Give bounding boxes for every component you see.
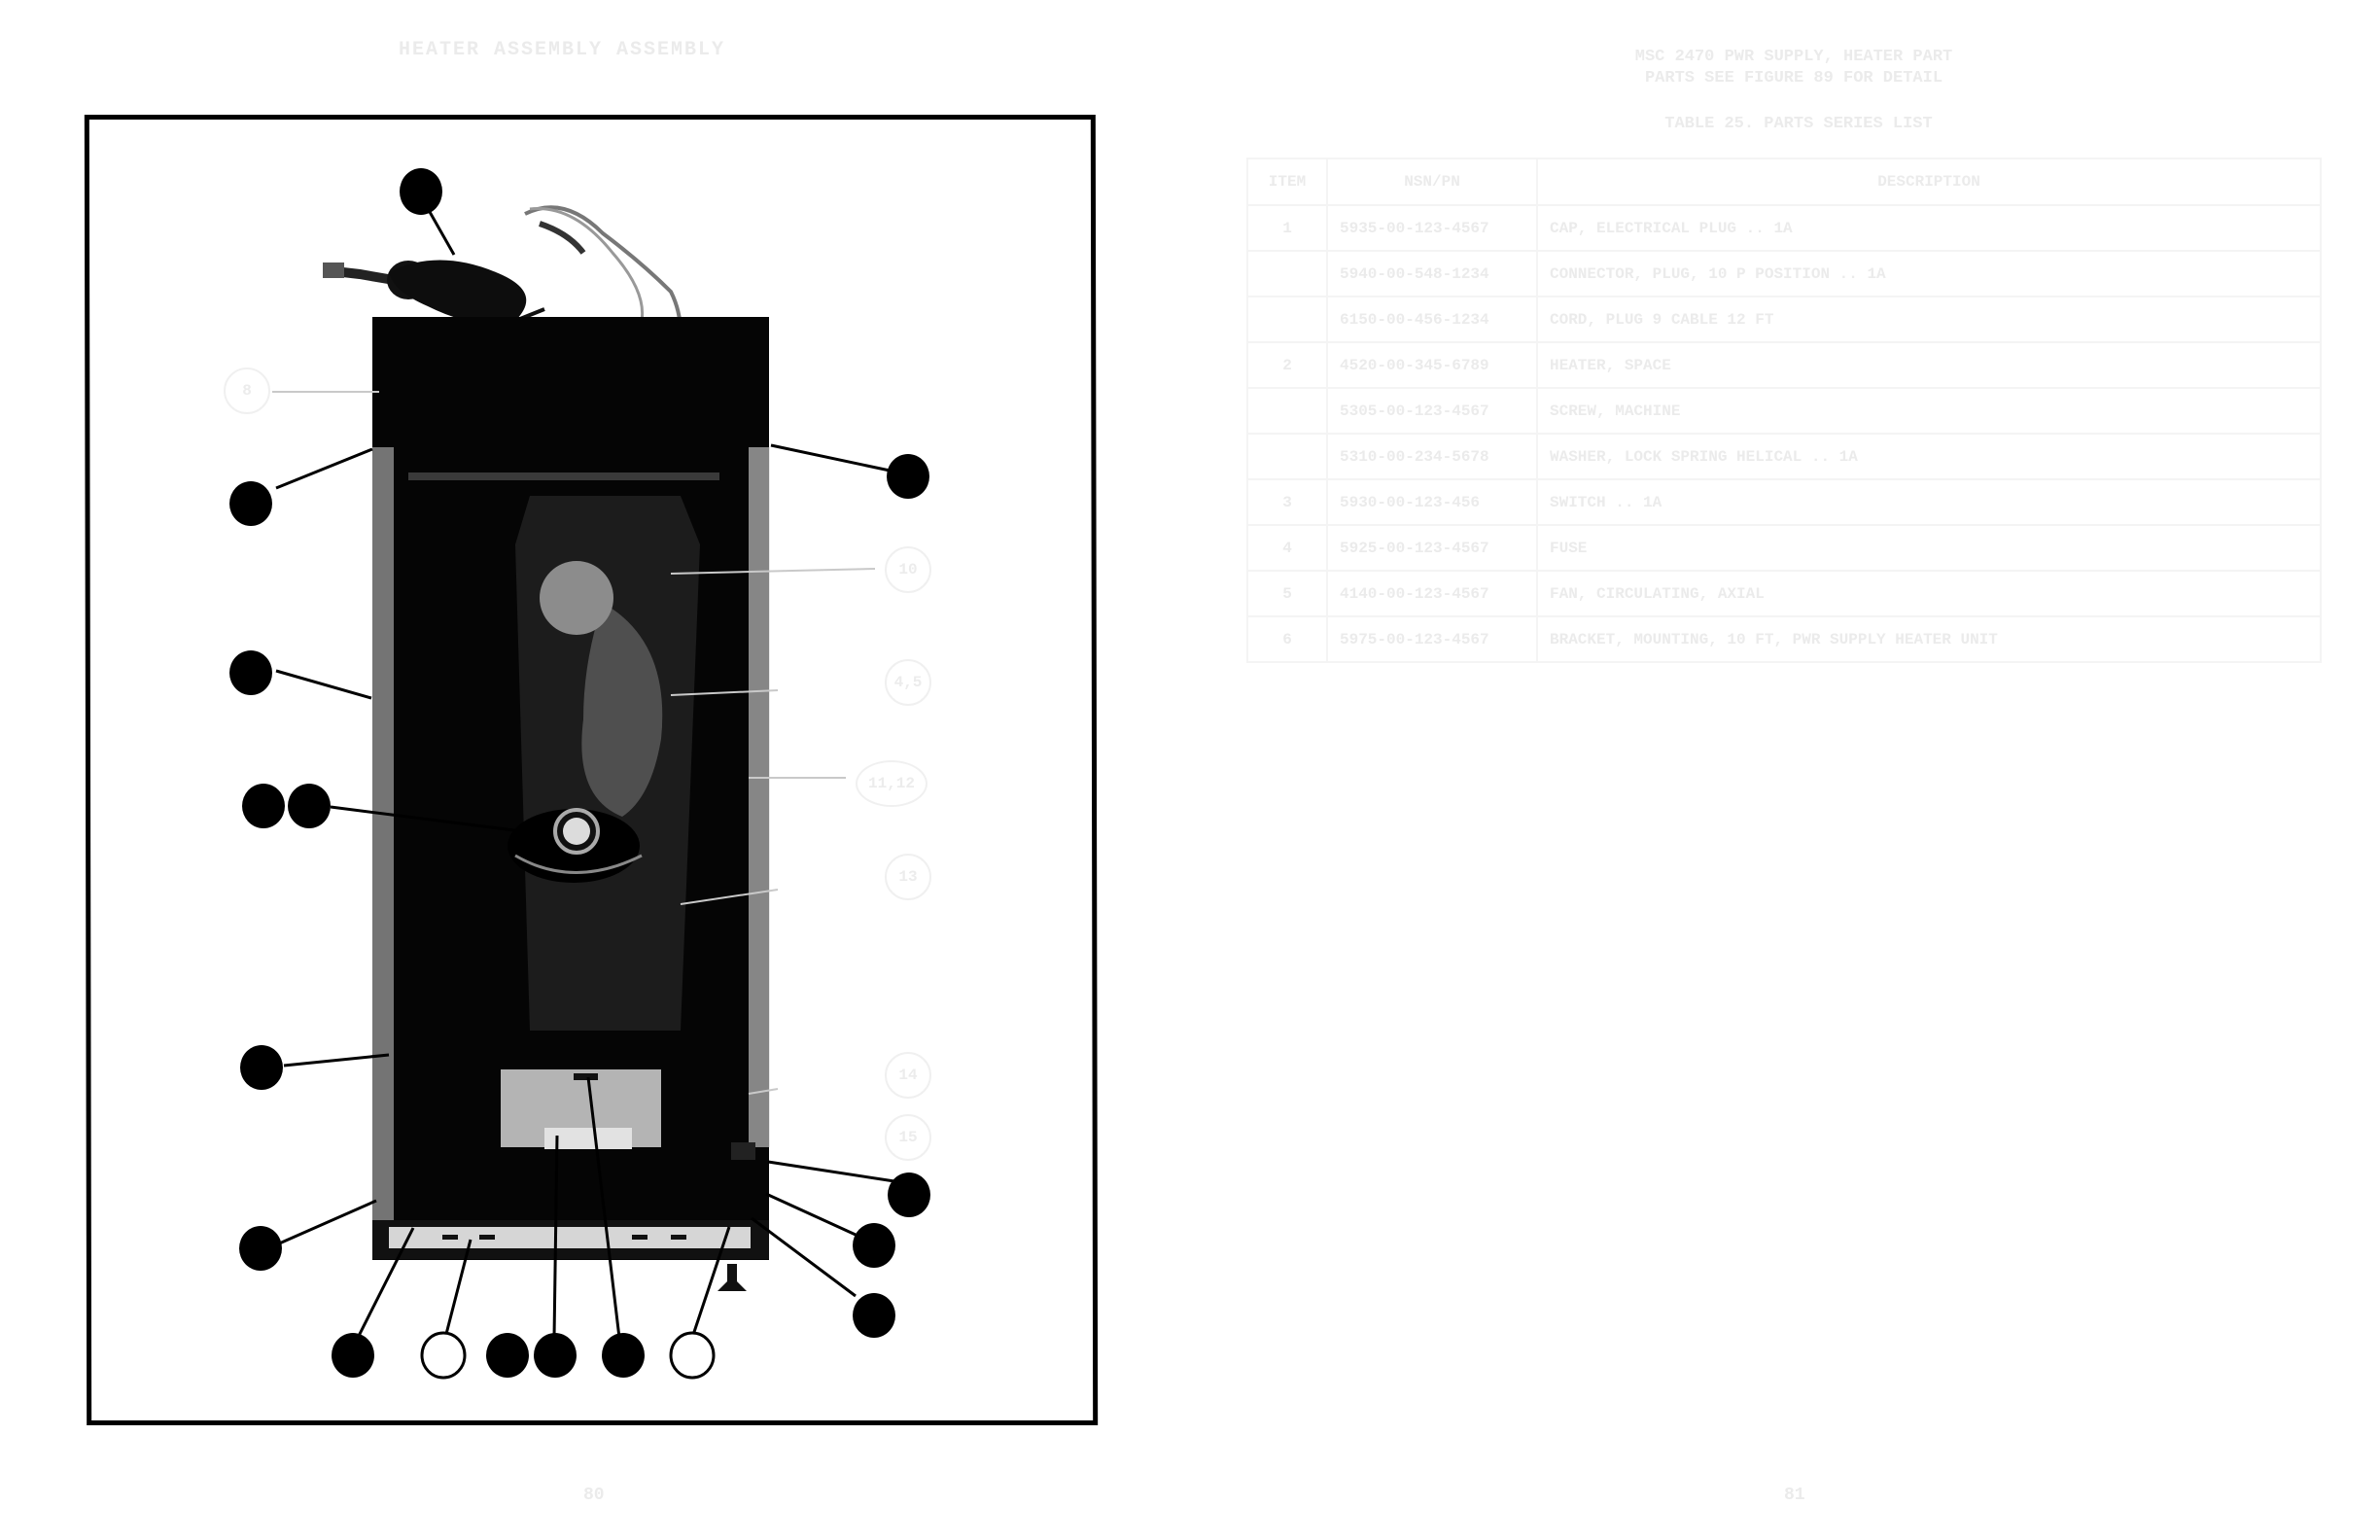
faint-callout: 15 xyxy=(885,1114,931,1161)
parts-table-body: 15935-00-123-4567CAP, ELECTRICAL PLUG ..… xyxy=(1247,205,2321,662)
table-row: 5940-00-548-1234CONNECTOR, PLUG, 10 P PO… xyxy=(1247,251,2321,297)
description-cell: BRACKET, MOUNTING, 10 FT, PWR SUPPLY HEA… xyxy=(1537,616,2321,662)
nsn-cell: 5930-00-123-456 xyxy=(1327,479,1537,525)
callout-marker xyxy=(602,1333,645,1378)
item-cell: 1 xyxy=(1247,205,1327,251)
table-row: 65975-00-123-4567BRACKET, MOUNTING, 10 F… xyxy=(1247,616,2321,662)
column-header-item: ITEM xyxy=(1247,158,1327,205)
callout-marker xyxy=(534,1333,577,1378)
description-cell: CAP, ELECTRICAL PLUG .. 1A xyxy=(1537,205,2321,251)
column-header-nsn: NSN/PN xyxy=(1327,158,1537,205)
description-cell: CONNECTOR, PLUG, 10 P POSITION .. 1A xyxy=(1537,251,2321,297)
heater-housing-illustration xyxy=(372,317,770,1291)
callout-marker xyxy=(240,1045,283,1090)
faint-callout: 10 xyxy=(885,546,931,593)
callout-marker xyxy=(288,784,331,828)
table-header-row: ITEM NSN/PN DESCRIPTION xyxy=(1247,158,2321,205)
parts-table: ITEM NSN/PN DESCRIPTION 15935-00-123-456… xyxy=(1246,157,2322,663)
item-cell xyxy=(1247,297,1327,342)
table-row: 5310-00-234-5678WASHER, LOCK SPRING HELI… xyxy=(1247,434,2321,479)
callout-marker-open xyxy=(422,1333,465,1378)
nsn-cell: 4520-00-345-6789 xyxy=(1327,342,1537,388)
item-cell: 6 xyxy=(1247,616,1327,662)
item-cell: 2 xyxy=(1247,342,1327,388)
callout-marker xyxy=(887,454,929,499)
callout-marker-open xyxy=(671,1333,714,1378)
table-row: 6150-00-456-1234CORD, PLUG 9 CABLE 12 FT xyxy=(1247,297,2321,342)
item-cell: 4 xyxy=(1247,525,1327,571)
item-cell: 5 xyxy=(1247,571,1327,616)
faint-callout: 13 xyxy=(885,854,931,900)
item-cell xyxy=(1247,388,1327,434)
description-cell: WASHER, LOCK SPRING HELICAL .. 1A xyxy=(1537,434,2321,479)
item-cell xyxy=(1247,434,1327,479)
item-cell xyxy=(1247,251,1327,297)
faint-callout: 8 xyxy=(224,367,270,414)
nsn-cell: 5310-00-234-5678 xyxy=(1327,434,1537,479)
table-row: 54140-00-123-4567FAN, CIRCULATING, AXIAL xyxy=(1247,571,2321,616)
nsn-cell: 5925-00-123-4567 xyxy=(1327,525,1537,571)
nsn-cell: 5935-00-123-4567 xyxy=(1327,205,1537,251)
description-cell: HEATER, SPACE xyxy=(1537,342,2321,388)
callout-marker xyxy=(853,1293,895,1338)
description-cell: SWITCH .. 1A xyxy=(1537,479,2321,525)
callout-marker xyxy=(239,1226,282,1271)
column-header-description: DESCRIPTION xyxy=(1537,158,2321,205)
callout-marker xyxy=(853,1223,895,1268)
description-cell: SCREW, MACHINE xyxy=(1537,388,2321,434)
nsn-cell: 5975-00-123-4567 xyxy=(1327,616,1537,662)
page-number-right: 81 xyxy=(1784,1486,1805,1505)
description-cell: CORD, PLUG 9 CABLE 12 FT xyxy=(1537,297,2321,342)
table-row: 5305-00-123-4567SCREW, MACHINE xyxy=(1247,388,2321,434)
callout-marker xyxy=(332,1333,374,1378)
callout-marker xyxy=(229,650,272,695)
table-row: 24520-00-345-6789HEATER, SPACE xyxy=(1247,342,2321,388)
table-row: 35930-00-123-456SWITCH .. 1A xyxy=(1247,479,2321,525)
callout-marker xyxy=(486,1333,529,1378)
page-number-left: 80 xyxy=(583,1486,605,1505)
table-row: 15935-00-123-4567CAP, ELECTRICAL PLUG ..… xyxy=(1247,205,2321,251)
callout-marker xyxy=(242,784,285,828)
description-cell: FUSE xyxy=(1537,525,2321,571)
callout-marker xyxy=(400,168,442,215)
item-cell: 3 xyxy=(1247,479,1327,525)
faint-callout: 11,12 xyxy=(856,760,927,807)
callout-marker xyxy=(229,481,272,526)
nsn-cell: 5940-00-548-1234 xyxy=(1327,251,1537,297)
nsn-cell: 6150-00-456-1234 xyxy=(1327,297,1537,342)
nsn-cell: 5305-00-123-4567 xyxy=(1327,388,1537,434)
callout-marker xyxy=(888,1172,930,1217)
faint-callout: 14 xyxy=(885,1052,931,1099)
description-cell: FAN, CIRCULATING, AXIAL xyxy=(1537,571,2321,616)
table-row: 45925-00-123-4567FUSE xyxy=(1247,525,2321,571)
faint-callout: 4,5 xyxy=(885,659,931,706)
nsn-cell: 4140-00-123-4567 xyxy=(1327,571,1537,616)
